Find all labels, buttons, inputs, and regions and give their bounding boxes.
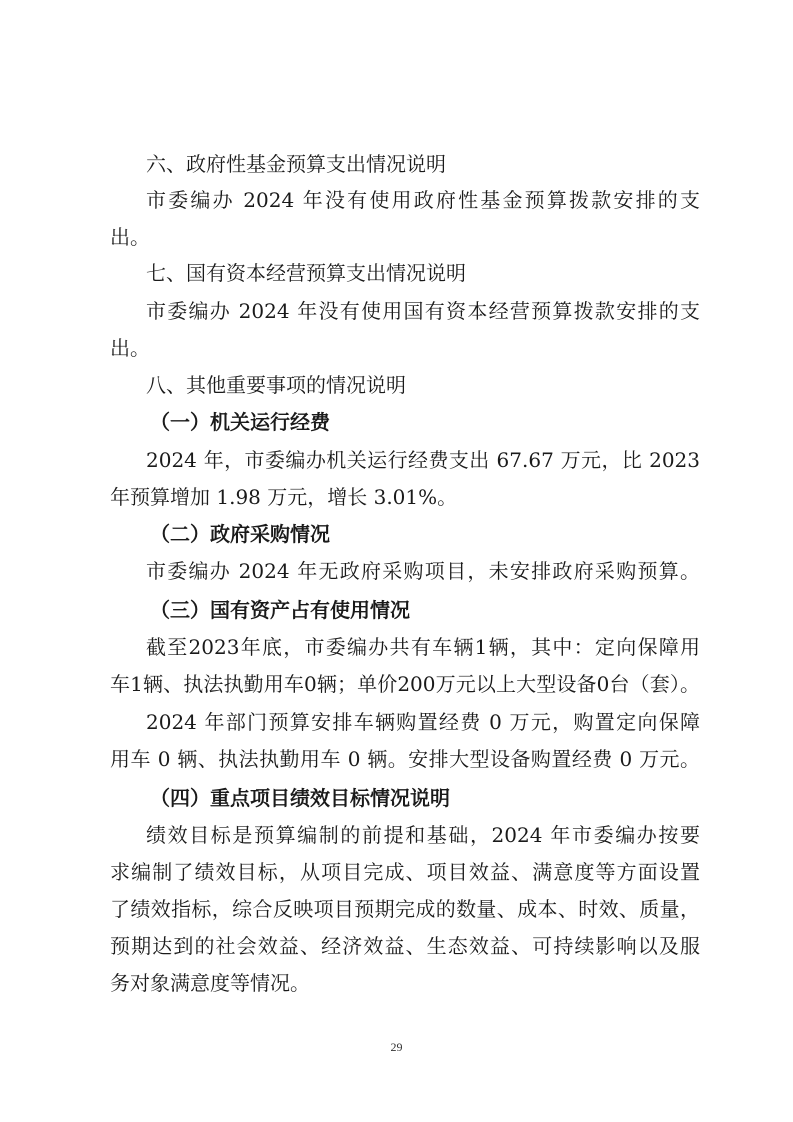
paragraph-line: 截至2023年底，市委编办共有车辆1辆，其中：定向保障用 — [146, 633, 700, 661]
paragraph-line: 2024 年部门预算安排车辆购置经费 0 万元，购置定向保障 — [146, 708, 700, 736]
section-heading-8: 八、其他重要事项的情况说明 — [146, 371, 736, 399]
paragraph-line: 市委编办 2024 年没有使用国有资本经营预算拨款安排的支 — [146, 297, 700, 325]
paragraph-line: 预期达到的社会效益、经济效益、生态效益、可持续影响以及服 — [110, 932, 700, 960]
subsection-heading-2: （二）政府采购情况 — [150, 520, 740, 548]
subsection-heading-1: （一）机关运行经费 — [150, 408, 740, 436]
paragraph-line: 2024 年，市委编办机关运行经费支出 67.67 万元，比 2023 — [146, 446, 700, 474]
document-page: 六、政府性基金预算支出情况说明 市委编办 2024 年没有使用政府性基金预算拨款… — [0, 0, 793, 1122]
section-heading-6: 六、政府性基金预算支出情况说明 — [146, 150, 736, 178]
paragraph-line: 务对象满意度等情况。 — [110, 969, 700, 997]
paragraph-line: 车1辆、执法执勤用车0辆；单价200万元以上大型设备0台（套）。 — [110, 670, 700, 698]
paragraph-line: 出。 — [110, 223, 700, 251]
paragraph-line: 绩效目标是预算编制的前提和基础，2024 年市委编办按要 — [146, 821, 700, 849]
paragraph-line: 市委编办 2024 年无政府采购项目，未安排政府采购预算。 — [146, 557, 700, 585]
paragraph-line: 出。 — [110, 334, 700, 362]
subsection-heading-3: （三）国有资产占有使用情况 — [150, 596, 740, 624]
paragraph-line: 用车 0 辆、执法执勤用车 0 辆。安排大型设备购置经费 0 万元。 — [110, 745, 700, 773]
section-heading-7: 七、国有资本经营预算支出情况说明 — [146, 259, 736, 287]
subsection-heading-4: （四）重点项目绩效目标情况说明 — [150, 784, 740, 812]
paragraph-line: 市委编办 2024 年没有使用政府性基金预算拨款安排的支 — [146, 186, 700, 214]
paragraph-line: 年预算增加 1.98 万元，增长 3.01%。 — [110, 483, 700, 511]
paragraph-line: 求编制了绩效目标，从项目完成、项目效益、满意度等方面设置 — [110, 858, 700, 886]
page-number: 29 — [0, 1040, 793, 1055]
paragraph-line: 了绩效指标，综合反映项目预期完成的数量、成本、时效、质量， — [110, 895, 700, 923]
